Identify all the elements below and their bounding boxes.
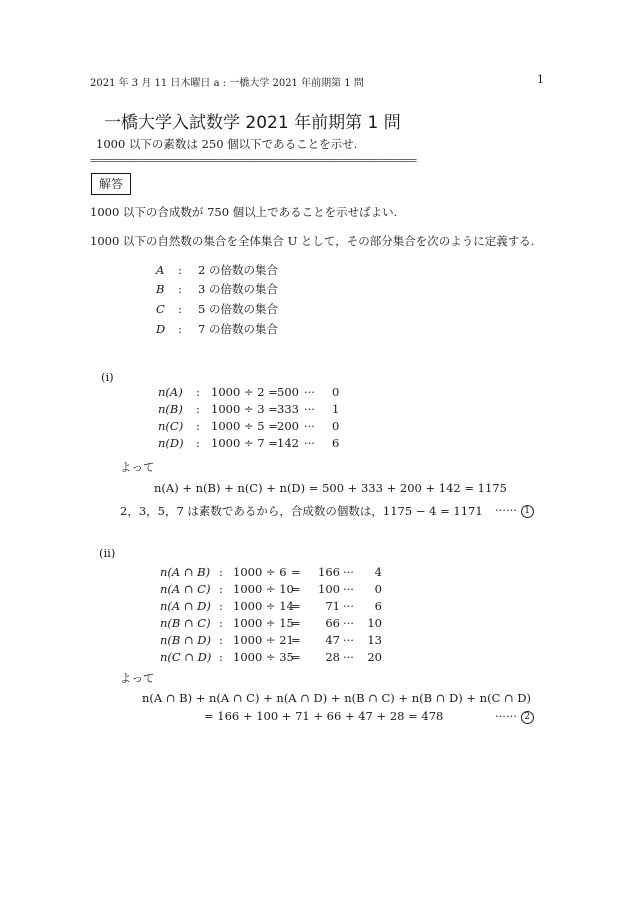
row-quotient: 200 — [277, 419, 299, 433]
sum-equation-1: n(A) + n(B) + n(C) + n(D) = 500 + 333 + … — [154, 481, 507, 495]
row-dots: ··· — [304, 402, 315, 416]
row-quotient: 500 — [277, 385, 299, 399]
colon: : — [178, 322, 198, 336]
row-expr: 1000 ÷ 10 — [233, 582, 294, 596]
row-expr: 1000 ÷ 3 = — [211, 402, 278, 416]
intersection-row: n(B ∩ C) : 1000 ÷ 15 = 66 ··· 10 — [0, 616, 637, 632]
row-lhs: n(A) — [158, 385, 183, 399]
row-expr: 1000 ÷ 6 — [233, 565, 287, 579]
row-expr: 1000 ÷ 7 = — [211, 436, 278, 450]
row-expr: 1000 ÷ 5 = — [211, 419, 278, 433]
row-lhs: n(C) — [158, 419, 183, 433]
row-quotient: 47 — [312, 633, 340, 647]
intersection-row: n(A ∩ B) : 1000 ÷ 6 = 166 ··· 4 — [0, 565, 637, 581]
row-dots: ··· — [343, 650, 354, 664]
equation-tag-1: ······ 1 — [495, 503, 534, 518]
row-lhs: n(D) — [158, 436, 184, 450]
answer-label-box: 解答 — [91, 173, 131, 195]
definition-a: A:2 の倍数の集合 — [156, 262, 278, 278]
row-lhs: n(C ∩ D) — [160, 650, 211, 664]
set-name: C — [156, 302, 178, 316]
intersection-row: n(A ∩ C) : 1000 ÷ 10 = 100 ··· 0 — [0, 582, 637, 598]
row-dots: ··· — [343, 616, 354, 630]
therefore-1: よって — [120, 459, 155, 475]
row-lhs: n(B ∩ D) — [160, 633, 211, 647]
running-header: 2021 年 3 月 11 日木曜日 a : 一橋大学 2021 年前期第 1 … — [90, 74, 364, 89]
row-dots: ··· — [343, 582, 354, 596]
separator-line: ========================================… — [90, 154, 416, 167]
part-1-label: (i) — [101, 370, 114, 384]
set-description: 7 の倍数の集合 — [198, 322, 278, 336]
tag-dots: ······ — [495, 503, 517, 517]
count-row: n(B) : 1000 ÷ 3 = 333 ··· 1 — [0, 402, 637, 418]
sum-equation-2-line-2: = 166 + 100 + 71 + 66 + 47 + 28 = 478 — [204, 709, 443, 723]
count-row: n(C) : 1000 ÷ 5 = 200 ··· 0 — [0, 419, 637, 435]
row-lhs: n(B ∩ C) — [160, 616, 211, 630]
row-equals: = — [291, 582, 301, 596]
row-expr: 1000 ÷ 35 — [233, 650, 294, 664]
page-title: 一橋大学入試数学 2021 年前期第 1 問 — [104, 108, 401, 133]
set-name: D — [156, 322, 178, 336]
row-quotient: 28 — [312, 650, 340, 664]
page-number: 1 — [537, 73, 544, 86]
set-description: 3 の倍数の集合 — [198, 282, 278, 296]
row-expr: 1000 ÷ 2 = — [211, 385, 278, 399]
row-quotient: 166 — [312, 565, 340, 579]
intersection-row: n(C ∩ D) : 1000 ÷ 35 = 28 ··· 20 — [0, 650, 637, 666]
definition-d: D:7 の倍数の集合 — [156, 321, 278, 337]
row-remainder: 4 — [364, 565, 382, 579]
colon: : — [178, 302, 198, 316]
row-equals: = — [291, 616, 301, 630]
part-2-label: (ii) — [99, 546, 115, 560]
row-dots: ··· — [304, 436, 315, 450]
row-dots: ··· — [343, 633, 354, 647]
equation-tag-2: ······ 2 — [495, 709, 534, 724]
row-remainder: 0 — [332, 419, 339, 433]
row-dots: ··· — [304, 419, 315, 433]
row-dots: ··· — [343, 599, 354, 613]
row-remainder: 10 — [364, 616, 382, 630]
row-expr: 1000 ÷ 15 — [233, 616, 294, 630]
row-quotient: 71 — [312, 599, 340, 613]
row-remainder: 20 — [364, 650, 382, 664]
row-remainder: 0 — [332, 385, 339, 399]
row-remainder: 13 — [364, 633, 382, 647]
sum-equation-2-line-1: n(A ∩ B) + n(A ∩ C) + n(A ∩ D) + n(B ∩ C… — [142, 691, 531, 705]
circled-number-icon: 2 — [521, 711, 534, 724]
conclusion-1: 2，3，5，7 は素数であるから，合成数の個数は，1175 − 4 = 1171 — [120, 503, 483, 519]
row-dots: ··· — [343, 565, 354, 579]
problem-statement: 1000 以下の素数は 250 個以下であることを示せ. — [96, 136, 357, 152]
row-remainder: 0 — [364, 582, 382, 596]
row-lhs: n(A ∩ C) — [160, 582, 210, 596]
set-name: A — [156, 263, 178, 277]
row-equals: = — [291, 599, 301, 613]
set-description: 5 の倍数の集合 — [198, 302, 278, 316]
row-expr: 1000 ÷ 14 — [233, 599, 294, 613]
colon: : — [178, 282, 198, 296]
therefore-2: よって — [120, 670, 155, 686]
row-dots: ··· — [304, 385, 315, 399]
row-quotient: 333 — [277, 402, 299, 416]
row-quotient: 100 — [312, 582, 340, 596]
row-remainder: 1 — [332, 402, 339, 416]
circled-number-icon: 1 — [521, 505, 534, 518]
intro-paragraph-1: 1000 以下の合成数が 750 個以上であることを示せばよい. — [90, 204, 397, 220]
count-row: n(D) : 1000 ÷ 7 = 142 ··· 6 — [0, 436, 637, 452]
row-lhs: n(A ∩ B) — [160, 565, 210, 579]
row-remainder: 6 — [332, 436, 339, 450]
row-equals: = — [291, 650, 301, 664]
row-equals: = — [291, 565, 301, 579]
colon: : — [178, 263, 198, 277]
definition-c: C:5 の倍数の集合 — [156, 301, 278, 317]
row-quotient: 66 — [312, 616, 340, 630]
tag-dots: ······ — [495, 709, 517, 723]
row-lhs: n(A ∩ D) — [160, 599, 211, 613]
set-name: B — [156, 282, 178, 296]
intersection-row: n(A ∩ D) : 1000 ÷ 14 = 71 ··· 6 — [0, 599, 637, 615]
row-quotient: 142 — [277, 436, 299, 450]
count-row: n(A) : 1000 ÷ 2 = 500 ··· 0 — [0, 385, 637, 401]
row-equals: = — [291, 633, 301, 647]
definition-b: B:3 の倍数の集合 — [156, 281, 278, 297]
intro-paragraph-2: 1000 以下の自然数の集合を全体集合 U として，その部分集合を次のように定義… — [90, 233, 534, 249]
row-lhs: n(B) — [158, 402, 183, 416]
set-description: 2 の倍数の集合 — [198, 263, 278, 277]
row-remainder: 6 — [364, 599, 382, 613]
row-expr: 1000 ÷ 21 — [233, 633, 294, 647]
intersection-row: n(B ∩ D) : 1000 ÷ 21 = 47 ··· 13 — [0, 633, 637, 649]
